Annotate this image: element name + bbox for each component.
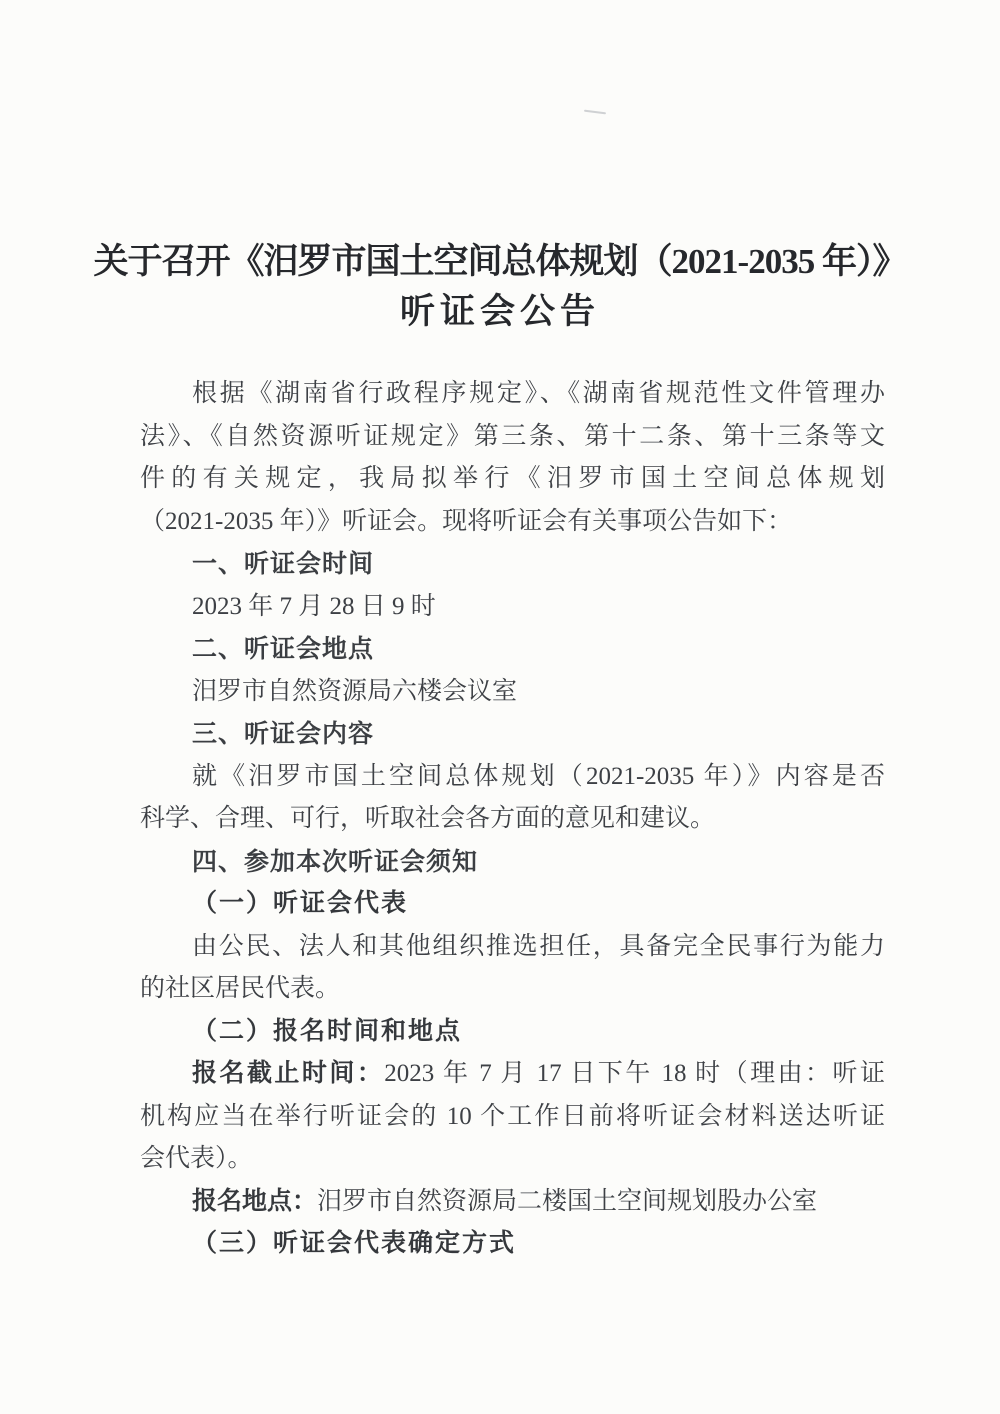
document-body: 根据《湖南省行政程序规定》、《湖南省规范性文件管理办 法》、《自然资源听证规定》…: [0, 373, 1000, 1266]
hearing-location-value: 汨罗市自然资源局六楼会议室: [140, 671, 885, 714]
title-line-1: 关于召开《汨罗市国土空间总体规划（2021-2035 年）》: [0, 237, 1000, 287]
section-heading-time: 一、听证会时间: [140, 543, 885, 586]
section-heading-content: 三、听证会内容: [140, 713, 885, 756]
content-line-1: 就《汨罗市国土空间总体规划（2021-2035 年）》内容是否: [140, 756, 885, 799]
deadline-line-3: 会代表）。: [140, 1138, 885, 1181]
section-heading-notice: 四、参加本次听证会须知: [140, 841, 885, 884]
registration-location-text: 汨罗市自然资源局二楼国土空间规划股办公室: [317, 1188, 817, 1215]
subsection-heading-method: （三）听证会代表确定方式: [140, 1223, 885, 1266]
deadline-label: 报名截止时间：: [192, 1060, 384, 1087]
representatives-line-2: 的社区居民代表。: [140, 968, 885, 1011]
registration-location-label: 报名地点：: [192, 1188, 317, 1215]
document-page: 关于召开《汨罗市国土空间总体规划（2021-2035 年）》 听证会公告 根据《…: [0, 0, 1000, 1414]
deadline-line-2: 机构应当在举行听证会的 10 个工作日前将听证会材料送达听证: [140, 1096, 885, 1139]
intro-line-1: 根据《湖南省行政程序规定》、《湖南省规范性文件管理办: [140, 373, 885, 416]
section-heading-location: 二、听证会地点: [140, 628, 885, 671]
hearing-time-value: 2023 年 7 月 28 日 9 时: [140, 586, 885, 629]
registration-location-line: 报名地点：汨罗市自然资源局二楼国土空间规划股办公室: [140, 1181, 885, 1224]
subsection-heading-representatives: （一）听证会代表: [140, 883, 885, 926]
deadline-line-1: 报名截止时间：2023 年 7 月 17 日下午 18 时（理由：听证: [140, 1053, 885, 1096]
content-line-2: 科学、合理、可行，听取社会各方面的意见和建议。: [140, 798, 885, 841]
title-line-2: 听证会公告: [0, 287, 1000, 337]
scan-artifact: [584, 110, 606, 115]
intro-line-4: （2021-2035 年）》听证会。现将听证会有关事项公告如下：: [140, 501, 885, 544]
subsection-heading-registration: （二）报名时间和地点: [140, 1011, 885, 1054]
representatives-line-1: 由公民、法人和其他组织推选担任，具备完全民事行为能力: [140, 926, 885, 969]
intro-line-3: 件的有关规定，我局拟举行《汨罗市国土空间总体规划: [140, 458, 885, 501]
intro-line-2: 法》、《自然资源听证规定》第三条、第十二条、第十三条等文: [140, 416, 885, 459]
document-title: 关于召开《汨罗市国土空间总体规划（2021-2035 年）》 听证会公告: [0, 237, 1000, 337]
deadline-text-1: 2023 年 7 月 17 日下午 18 时（理由：听证: [384, 1060, 885, 1087]
